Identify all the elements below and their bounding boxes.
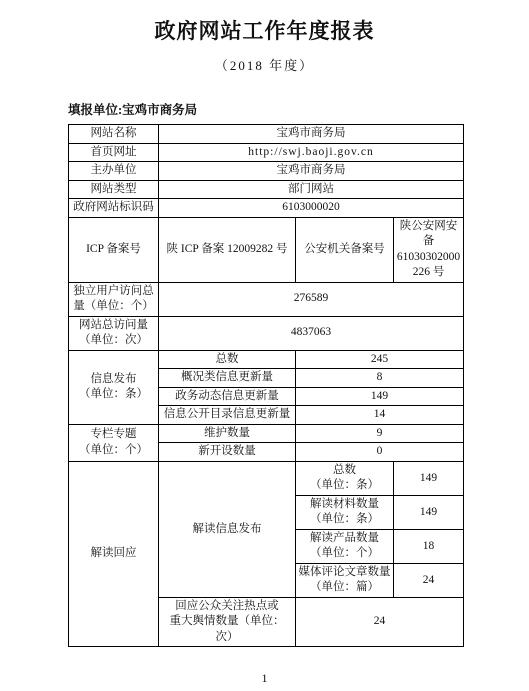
table-row: 网站类型 部门网站 (69, 180, 464, 199)
website-type-value-cell: 部门网站 (159, 180, 464, 199)
table-row: 网站名称 宝鸡市商务局 (69, 125, 464, 144)
interpretation-total-value-cell: 149 (394, 461, 464, 495)
website-id-code-value-cell: 6103000020 (159, 199, 464, 218)
sponsor-unit-value-cell: 宝鸡市商务局 (159, 162, 464, 181)
special-topics-new-label-cell: 新开设数量 (159, 443, 296, 462)
table-row: ICP 备案号 陕 ICP 备案 12009282 号 公安机关备案号 陕公安网… (69, 217, 464, 282)
report-page: 政府网站工作年度报表 （2018 年度） 填报单位:宝鸡市商务局 网站名称 宝鸡… (0, 0, 529, 691)
special-topics-maintained-label-cell: 维护数量 (159, 424, 296, 443)
total-visits-label-cell: 网站总访问量 （单位：次） (69, 316, 159, 350)
website-name-value-cell: 宝鸡市商务局 (159, 125, 464, 144)
icp-record-label-cell: ICP 备案号 (69, 217, 159, 282)
info-publish-directory-label-cell: 信息公开目录信息更新量 (159, 406, 296, 425)
unique-visitors-value-cell: 276589 (159, 282, 464, 316)
interpretation-total-label-cell: 总数 （单位：条） (296, 461, 394, 495)
total-visits-value-cell: 4837063 (159, 316, 464, 350)
table-row: 解读回应 解读信息发布 总数 （单位：条） 149 (69, 461, 464, 495)
icp-record-value-cell: 陕 ICP 备案 12009282 号 (159, 217, 296, 282)
website-type-label-cell: 网站类型 (69, 180, 159, 199)
table-row: 网站总访问量 （单位：次） 4837063 (69, 316, 464, 350)
interpretation-section-label-cell: 解读回应 (69, 461, 159, 647)
page-subtitle: （2018 年度） (0, 58, 529, 74)
table-row: 政府网站标识码 6103000020 (69, 199, 464, 218)
unique-visitors-label-cell: 独立用户访问总 量（单位：个） (69, 282, 159, 316)
website-name-label-cell: 网站名称 (69, 125, 159, 144)
website-id-code-label-cell: 政府网站标识码 (69, 199, 159, 218)
table-row: 信息发布 （单位：条） 总数 245 (69, 350, 464, 369)
info-publish-section-label-cell: 信息发布 （单位：条） (69, 350, 159, 424)
homepage-url-value-cell: http://swj.baoji.gov.cn (159, 143, 464, 162)
report-unit-line: 填报单位:宝鸡市商务局 (68, 103, 529, 118)
page-title: 政府网站工作年度报表 (0, 0, 529, 44)
special-topics-new-value-cell: 0 (296, 443, 464, 462)
page-number: 1 (0, 671, 529, 686)
hotspot-response-label-cell: 回应公众关注热点或 重大舆情数量（单位： 次） (159, 597, 296, 647)
interpretation-product-label-cell: 解读产品数量 （单位：个） (296, 529, 394, 563)
table-row: 主办单位 宝鸡市商务局 (69, 162, 464, 181)
annual-report-table: 网站名称 宝鸡市商务局 首页网址 http://swj.baoji.gov.cn… (68, 124, 464, 647)
table-row: 首页网址 http://swj.baoji.gov.cn (69, 143, 464, 162)
info-publish-news-value-cell: 149 (296, 387, 464, 406)
info-publish-total-value-cell: 245 (296, 350, 464, 369)
info-publish-overview-value-cell: 8 (296, 369, 464, 388)
interpretation-media-label-cell: 媒体评论文章数量 （单位：篇） (296, 563, 394, 597)
info-publish-news-label-cell: 政务动态信息更新量 (159, 387, 296, 406)
table-row: 专栏专题 （单位：个） 维护数量 9 (69, 424, 464, 443)
interpretation-product-value-cell: 18 (394, 529, 464, 563)
hotspot-response-value-cell: 24 (296, 597, 464, 647)
interpretation-publish-label-cell: 解读信息发布 (159, 461, 296, 597)
sponsor-unit-label-cell: 主办单位 (69, 162, 159, 181)
police-record-label-cell: 公安机关备案号 (296, 217, 394, 282)
interpretation-material-label-cell: 解读材料数量 （单位：条） (296, 495, 394, 529)
table-row: 独立用户访问总 量（单位：个） 276589 (69, 282, 464, 316)
interpretation-material-value-cell: 149 (394, 495, 464, 529)
info-publish-directory-value-cell: 14 (296, 406, 464, 425)
special-topics-maintained-value-cell: 9 (296, 424, 464, 443)
interpretation-media-value-cell: 24 (394, 563, 464, 597)
police-record-value-cell: 陕公安网安 备 61030302000 226 号 (394, 217, 464, 282)
info-publish-overview-label-cell: 概况类信息更新量 (159, 369, 296, 388)
special-topics-section-label-cell: 专栏专题 （单位：个） (69, 424, 159, 461)
info-publish-total-label-cell: 总数 (159, 350, 296, 369)
homepage-url-label-cell: 首页网址 (69, 143, 159, 162)
